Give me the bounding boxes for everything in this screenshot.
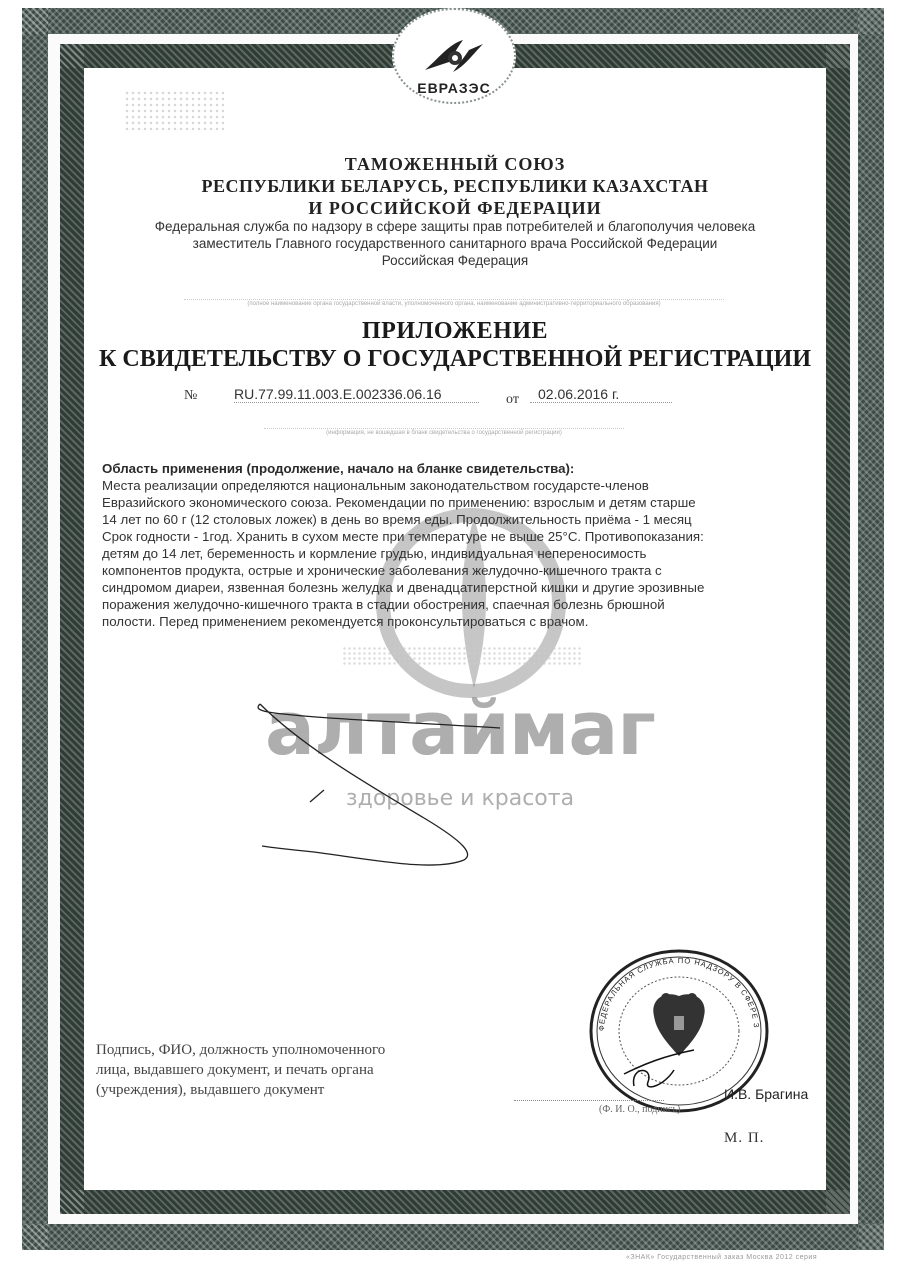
scope-line: компонентов продукта, острые и хроническ…: [102, 562, 822, 579]
printer-mark: «ЗНАК» Государственный заказ Москва 2012…: [626, 1254, 886, 1261]
watermark-brand: алтаймаг: [220, 686, 700, 772]
watermark-tagline: здоровье и красота: [220, 786, 700, 811]
scope-line: 14 лет по 60 г (12 столовых ложек) в ден…: [102, 511, 822, 528]
header-line-1: ТАМОЖЕННЫЙ СОЮЗ: [84, 154, 826, 175]
authority-caption: (полное наименование органа государствен…: [184, 299, 724, 307]
signature-line: [514, 1100, 664, 1101]
scope-line: полости. Перед применением рекомендуется…: [102, 613, 822, 630]
scope-line: Срок годности - 1год. Хранить в сухом ме…: [102, 528, 822, 545]
scope-line: Места реализации определяются национальн…: [102, 477, 822, 494]
faded-eurasec-text: [342, 646, 582, 666]
header-line-2: РЕСПУБЛИКИ БЕЛАРУСЬ, РЕСПУБЛИКИ КАЗАХСТА…: [84, 176, 826, 197]
double-headed-eagle-icon: [653, 993, 704, 1056]
number-label: №: [184, 388, 197, 404]
official-title: заместитель Главного государственного са…: [84, 236, 826, 251]
signature-caption-line: лица, выдавшего документ, и печать орган…: [96, 1060, 506, 1080]
document-title: ПРИЛОЖЕНИЕ: [84, 318, 826, 345]
scope-line: детям до 14 лет, беременность и кормлени…: [102, 545, 822, 562]
scope-heading: Область применения (продолжение, начало …: [102, 460, 822, 477]
scope-line: Евразийского экономического союза. Реком…: [102, 494, 822, 511]
signature-caption-line: (учреждения), выдавшего документ: [96, 1080, 506, 1100]
registration-date: 02.06.2016 г.: [530, 386, 672, 403]
fio-caption: (Ф. И. О., подпись): [599, 1104, 680, 1115]
agency-name: Федеральная служба по надзору в сфере за…: [84, 219, 826, 234]
handwritten-signature: [254, 698, 594, 878]
product-caption: (информация, не вошедшая в бланк свидете…: [264, 428, 624, 436]
faded-stamp: [124, 90, 224, 130]
signer-name: И.В. Брагина: [724, 1086, 808, 1102]
signature-caption: Подпись, ФИО, должность уполномоченного …: [96, 1040, 506, 1100]
scope-line: поражения желудочно-кишечного тракта в с…: [102, 596, 822, 613]
header-line-3: И РОССИЙСКОЙ ФЕДЕРАЦИИ: [84, 198, 826, 219]
registration-row: № RU.77.99.11.003.Е.002336.06.16 от 02.0…: [184, 386, 744, 408]
registration-number: RU.77.99.11.003.Е.002336.06.16: [234, 386, 479, 403]
signature-caption-line: Подпись, ФИО, должность уполномоченного: [96, 1040, 506, 1060]
document-subtitle: К СВИДЕТЕЛЬСТВУ О ГОСУДАРСТВЕННОЙ РЕГИСТ…: [84, 346, 826, 373]
date-label: от: [506, 392, 519, 408]
country: Российская Федерация: [84, 253, 826, 268]
document-content: ТАМОЖЕННЫЙ СОЮЗ РЕСПУБЛИКИ БЕЛАРУСЬ, РЕС…: [84, 68, 826, 1188]
scope-line: синдромом диареи, язвенная болезнь желуд…: [102, 579, 822, 596]
seal-place-label: М. П.: [724, 1130, 764, 1147]
application-scope: Область применения (продолжение, начало …: [102, 460, 822, 630]
